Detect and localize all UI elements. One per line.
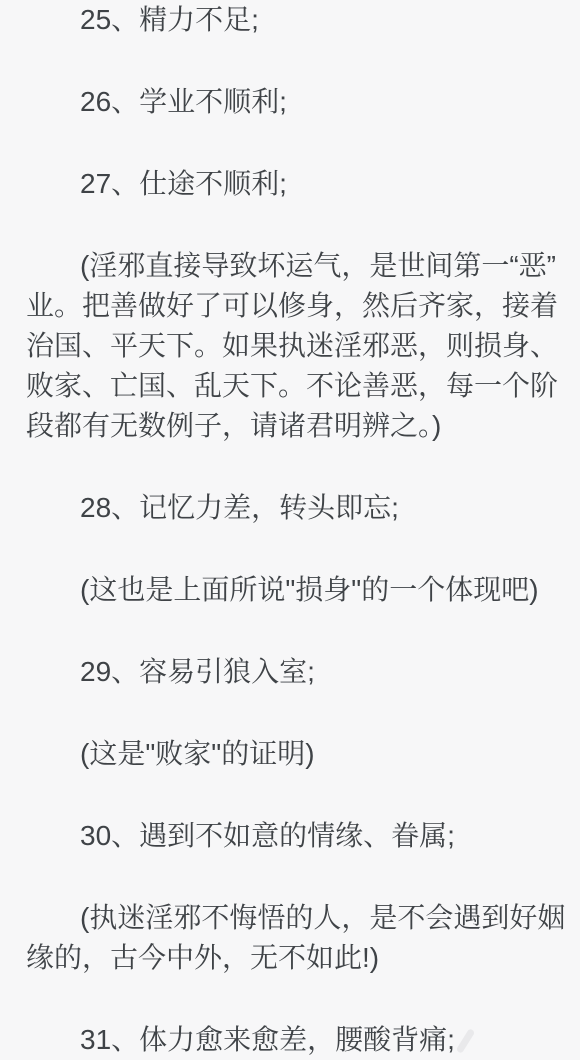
text-line: (这也是上面所说"损身"的一个体现吧) xyxy=(26,570,554,610)
paragraph: (执迷淫邪不悔悟的人，是不会遇到好姻缘的，古今中外，无不如此!) xyxy=(26,898,554,978)
paragraph: 30、遇到不如意的情缘、眷属; xyxy=(26,816,554,856)
text-line: 缘的，古今中外，无不如此!) xyxy=(26,938,554,978)
text-line: 25、精力不足; xyxy=(26,0,554,40)
paragraph: (这是"败家"的证明) xyxy=(26,734,554,774)
text-line: 治国、平天下。如果执迷淫邪恶，则损身、 xyxy=(26,326,554,366)
text-line: 30、遇到不如意的情缘、眷属; xyxy=(26,816,554,856)
paragraph: (淫邪直接导致坏运气，是世间第一“恶”业。把善做好了可以修身，然后齐家，接着治国… xyxy=(26,246,554,446)
text-line: 败家、亡国、乱天下。不论善恶，每一个阶 xyxy=(26,366,554,406)
text-line: (这是"败家"的证明) xyxy=(26,734,554,774)
text-line: 27、仕途不顺利; xyxy=(26,164,554,204)
paragraph: 26、学业不顺利; xyxy=(26,82,554,122)
text-line: 26、学业不顺利; xyxy=(26,82,554,122)
paragraph: 31、体力愈来愈差，腰酸背痛; xyxy=(26,1020,554,1060)
text-line: 业。把善做好了可以修身，然后齐家，接着 xyxy=(26,286,554,326)
article-page: { "page": { "background_color": "#f7f7f8… xyxy=(0,0,580,1060)
paragraph: 27、仕途不顺利; xyxy=(26,164,554,204)
paragraph: 29、容易引狼入室; xyxy=(26,652,554,692)
text-line: 28、记忆力差，转头即忘; xyxy=(26,488,554,528)
text-line: (淫邪直接导致坏运气，是世间第一“恶” xyxy=(26,246,554,286)
paragraph: 28、记忆力差，转头即忘; xyxy=(26,488,554,528)
text-line: 段都有无数例子，请诸君明辨之。) xyxy=(26,406,554,446)
text-line: 31、体力愈来愈差，腰酸背痛; xyxy=(26,1020,554,1060)
text-line: (执迷淫邪不悔悟的人，是不会遇到好姻 xyxy=(26,898,554,938)
article-body: 25、精力不足;26、学业不顺利;27、仕途不顺利;(淫邪直接导致坏运气，是世间… xyxy=(0,0,580,1060)
paragraph: (这也是上面所说"损身"的一个体现吧) xyxy=(26,570,554,610)
paragraph: 25、精力不足; xyxy=(26,0,554,40)
text-line: 29、容易引狼入室; xyxy=(26,652,554,692)
